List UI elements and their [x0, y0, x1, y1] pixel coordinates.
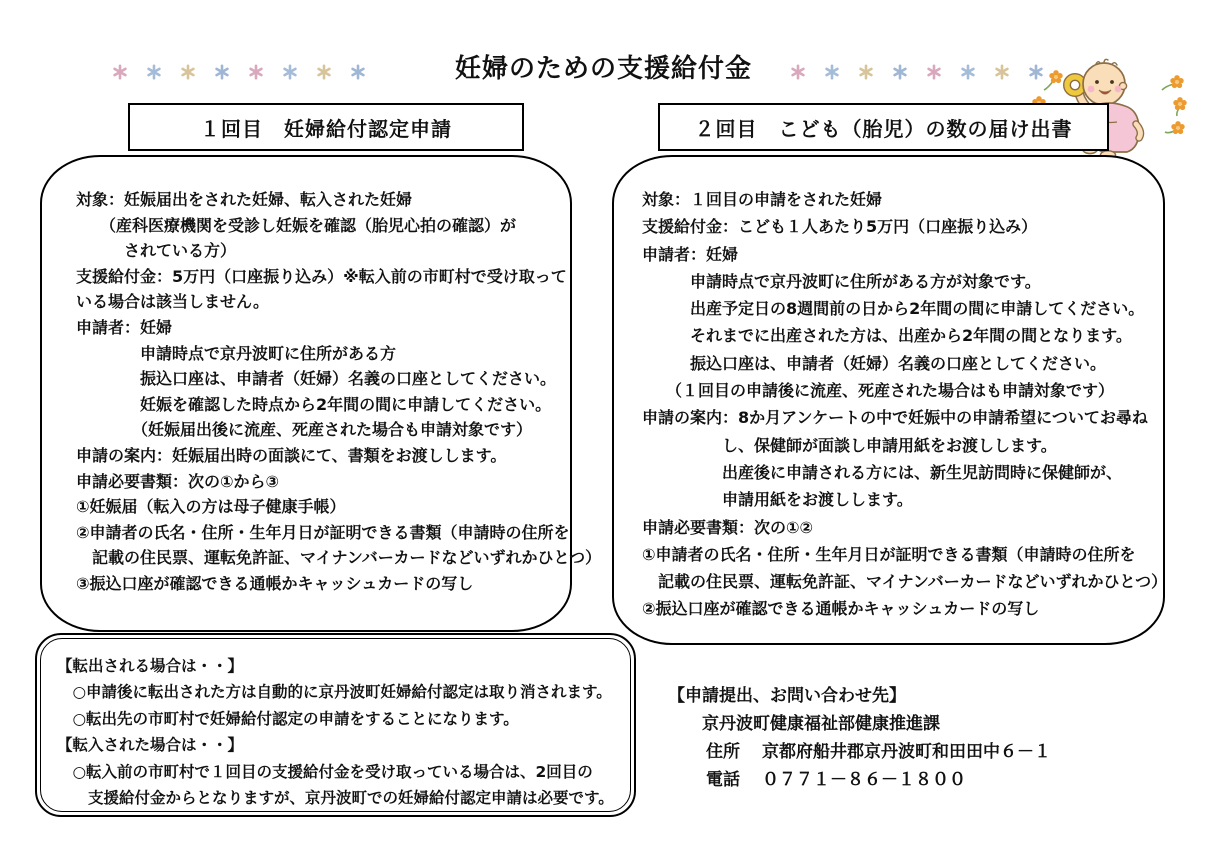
text-line: それまでに出産された方は、出産から2年間の間となります。	[642, 322, 1153, 349]
page-title: 妊婦のための支援給付金	[455, 48, 752, 85]
text-line: （１回目の申請後に流産、死産された場合はも申請対象です）	[642, 377, 1153, 404]
daisy-flower-icon	[1170, 75, 1183, 88]
pinwheel-flower-icon	[285, 66, 296, 78]
section1-panel: 対象：妊娠届出をされた妊婦、転入された妊婦 （産科医療機関を受診し妊娠を確認（胎…	[40, 155, 572, 632]
text-line: 支援給付金からとなりますが、京丹波町での妊婦給付認定申請は必要です。	[57, 785, 624, 811]
text-line: 申請時点で京丹波町に住所がある方が対象です。	[642, 268, 1153, 295]
section2-header-box: ２回目 こども（胎児）の数の届け出書	[658, 103, 1109, 151]
text-line: 妊娠を確認した時点から2年間の間に申請してください。	[76, 392, 556, 418]
text-line: 申請者：妊婦	[642, 241, 1153, 268]
pinwheel-flower-icon	[929, 66, 940, 78]
pinwheel-flower-icon	[115, 66, 126, 78]
text-line: （妊娠届出後に流産、死産された場合も申請対象です）	[76, 417, 556, 443]
transfer-notes-box-inner: 【転出される場合は・・】 ○申請後に転出された方は自動的に京丹波町妊婦給付認定は…	[40, 638, 631, 812]
daisy-flower-icon	[1049, 70, 1062, 83]
text-line: 出産予定日の8週間前の日から2年間の間に申請してください。	[642, 295, 1153, 322]
text-line: 申請の案内：8か月アンケートの中で妊娠中の申請希望についてお尋ね	[642, 404, 1153, 431]
pinwheel-flower-icon	[251, 66, 262, 78]
contact-block: 【申請提出、お問い合わせ先】 京丹波町健康福祉部健康推進課 住所 京都府船井郡京…	[668, 682, 1051, 794]
text-line: ○転出先の市町村で妊婦給付認定の申請をすることになります。	[57, 706, 624, 732]
text-line: 記載の住民票、運転免許証、マイナンバーカードなどいずれかひとつ）	[642, 568, 1153, 595]
contact-phone-value: ０７７１－８６－１８００	[762, 766, 966, 794]
text-line: 支援給付金：5万円（口座振り込み）※転入前の市町村で受け取って	[76, 264, 556, 290]
text-line: し、保健師が面談し申請用紙をお渡しします。	[642, 432, 1153, 459]
text-line: ②振込口座が確認できる通帳かキャッシュカードの写し	[642, 595, 1153, 622]
section2-header-label: ２回目 こども（胎児）の数の届け出書	[695, 113, 1073, 142]
text-line: 【転入された場合は・・】	[57, 732, 624, 758]
text-line: 申請必要書類：次の①から③	[76, 469, 556, 495]
text-line: 振込口座は、申請者（妊婦）名義の口座としてください。	[76, 366, 556, 392]
text-line: 申請必要書類：次の①②	[642, 514, 1153, 541]
text-line: 申請時点で京丹波町に住所がある方	[76, 341, 556, 367]
pinwheel-flower-icon	[827, 66, 838, 78]
text-line: ③振込口座が確認できる通帳かキャッシュカードの写し	[76, 571, 556, 597]
pinwheel-flower-icon	[353, 66, 364, 78]
text-line: ①妊娠届（転入の方は母子健康手帳）	[76, 494, 556, 520]
text-line: 出産後に申請される方には、新生児訪問時に保健師が、	[642, 459, 1153, 486]
pinwheel-flower-icon	[997, 66, 1008, 78]
text-line: ○申請後に転出された方は自動的に京丹波町妊婦給付認定は取り消されます。	[57, 679, 624, 705]
text-line: 申請の案内：妊娠届出時の面談にて、書類をお渡しします。	[76, 443, 556, 469]
text-line: 申請者：妊婦	[76, 315, 556, 341]
text-line: 【転出される場合は・・】	[57, 653, 624, 679]
section1-header-label: １回目 妊婦給付認定申請	[200, 113, 452, 142]
text-line: ②申請者の氏名・住所・生年月日が証明できる書類（申請時の住所を	[76, 520, 556, 546]
contact-phone-label: 電話	[706, 766, 740, 794]
pinwheel-flower-icon	[793, 66, 804, 78]
contact-address-label: 住所	[706, 738, 740, 766]
section1-header-box: １回目 妊婦給付認定申請	[128, 103, 524, 151]
text-line: いる場合は該当しません。	[76, 289, 556, 315]
pinwheel-flower-icon	[861, 66, 872, 78]
text-line: 申請用紙をお渡しします。	[642, 486, 1153, 513]
text-line: 振込口座は、申請者（妊婦）名義の口座としてください。	[642, 350, 1153, 377]
pinwheel-flower-icon	[963, 66, 974, 78]
pinwheel-flower-icon	[895, 66, 906, 78]
text-line: ○転入前の市町村で１回目の支援給付金を受け取っている場合は、2回目の	[57, 759, 624, 785]
pinwheel-flower-icon	[217, 66, 228, 78]
text-line: されている方）	[76, 238, 556, 264]
text-line: （産科医療機関を受診し妊娠を確認（胎児心拍の確認）が	[76, 213, 556, 239]
text-line: ①申請者の氏名・住所・生年月日が証明できる書類（申請時の住所を	[642, 541, 1153, 568]
flower-row-left	[110, 60, 386, 84]
daisy-flower-icon	[1173, 97, 1186, 110]
transfer-notes-box: 【転出される場合は・・】 ○申請後に転出された方は自動的に京丹波町妊婦給付認定は…	[35, 633, 636, 817]
contact-address-value: 京都府船井郡京丹波町和田田中６－１	[762, 738, 1051, 766]
section2-panel: 対象：１回目の申請をされた妊婦 支援給付金：こども１人あたり5万円（口座振り込み…	[612, 155, 1165, 645]
flyer-page: 妊婦のための支援給付金	[0, 0, 1207, 848]
pinwheel-flower-icon	[183, 66, 194, 78]
contact-heading: 【申請提出、お問い合わせ先】	[668, 682, 1051, 710]
text-line: 対象：１回目の申請をされた妊婦	[642, 186, 1153, 213]
pinwheel-flower-icon	[319, 66, 330, 78]
text-line: 支援給付金：こども１人あたり5万円（口座振り込み）	[642, 213, 1153, 240]
pinwheel-flower-icon	[149, 66, 160, 78]
daisy-flower-icon	[1171, 121, 1184, 134]
flower-row-right	[788, 60, 1064, 84]
text-line: 対象：妊娠届出をされた妊婦、転入された妊婦	[76, 187, 556, 213]
text-line: 記載の住民票、運転免許証、マイナンバーカードなどいずれかひとつ）	[76, 545, 556, 571]
contact-department: 京丹波町健康福祉部健康推進課	[702, 710, 1051, 738]
